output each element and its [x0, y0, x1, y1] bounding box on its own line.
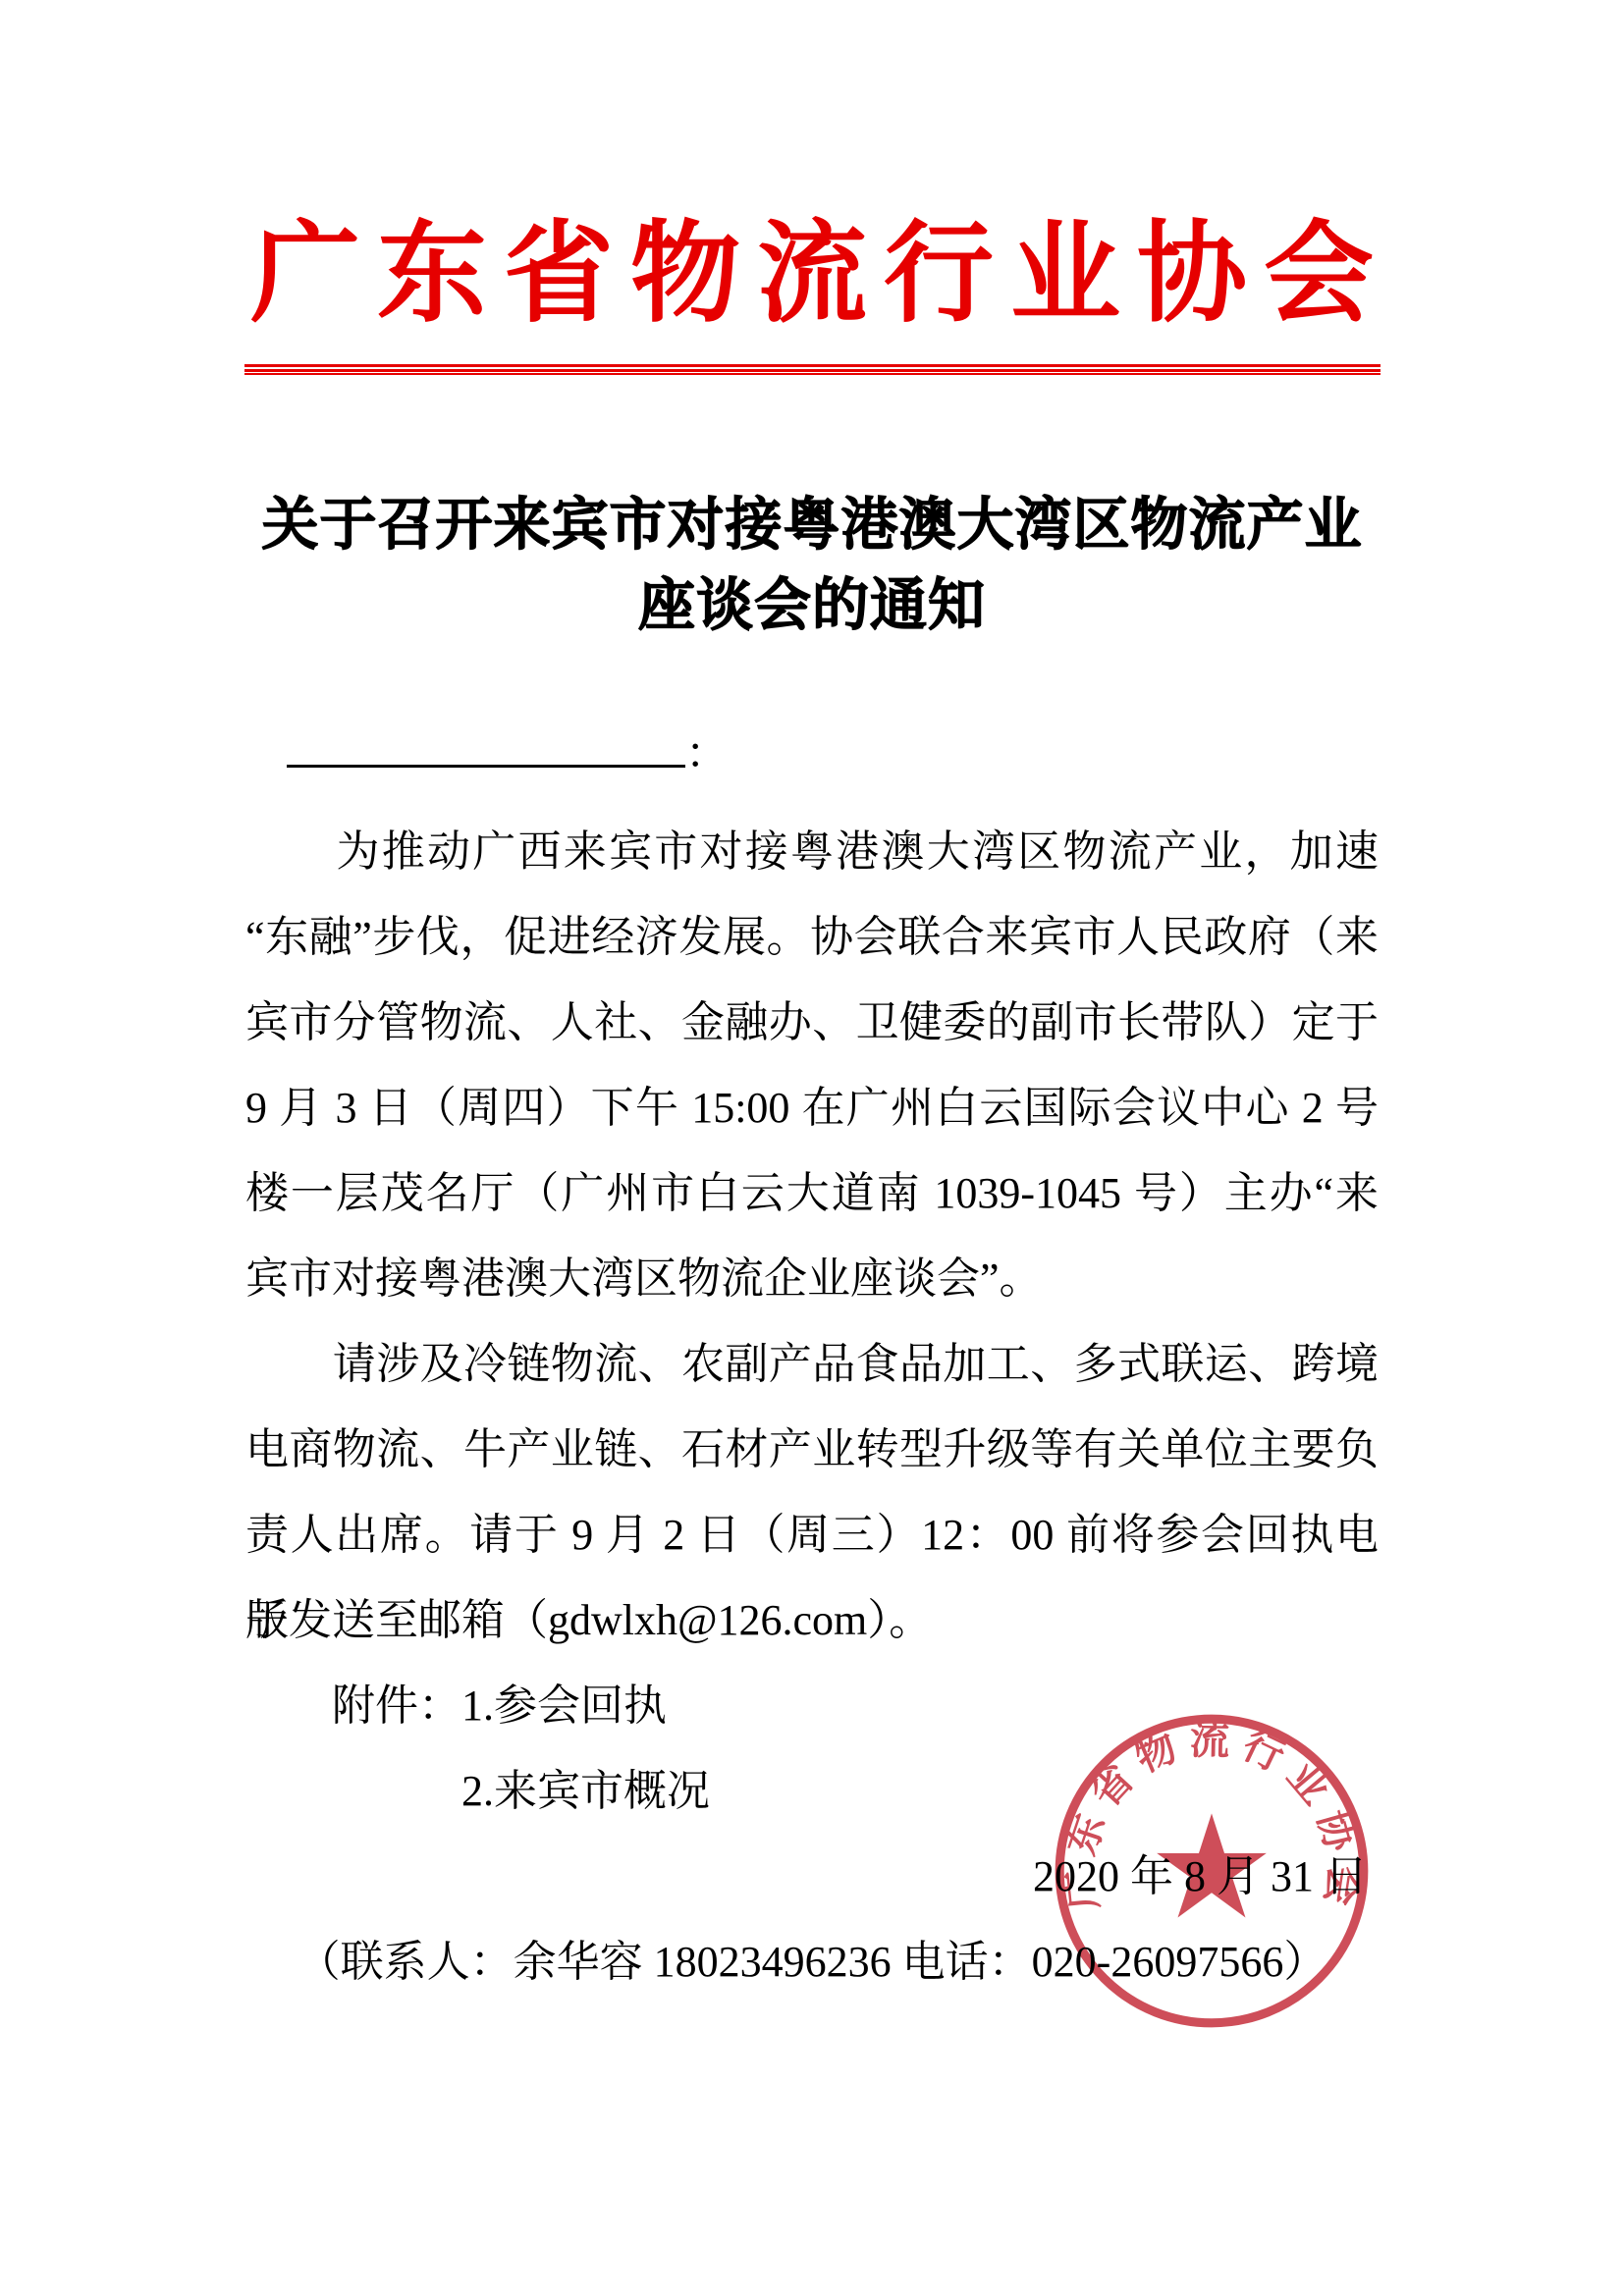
- body-line: 请涉及冷链物流、农副产品食品加工、多式联运、跨境: [245, 1321, 1379, 1407]
- document-title-line1: 关于召开来宾市对接粤港澳大湾区物流产业: [147, 485, 1477, 565]
- document-page: 广东省物流行业协会 关于召开来宾市对接粤港澳大湾区物流产业 座谈会的通知 ： 为…: [0, 0, 1624, 2296]
- letterhead-org-name: 广东省物流行业协会: [0, 214, 1624, 336]
- body-lines: 为推动广西来宾市对接粤港澳大湾区物流产业，加速“东融”步伐，促进经济发展。协会联…: [245, 809, 1379, 2004]
- letterhead-rule: [244, 364, 1380, 375]
- body-line: 为推动广西来宾市对接粤港澳大湾区物流产业，加速: [245, 809, 1379, 894]
- document-title-line2: 座谈会的通知: [147, 565, 1477, 646]
- salutation-blank-underline: [287, 725, 685, 768]
- date-line: 2020 年 8 月 31 日: [245, 1834, 1379, 1919]
- salutation-line: ：: [245, 711, 1379, 796]
- body-line: 宾市分管物流、人社、金融办、卫健委的副市长带队）定于: [245, 980, 1379, 1065]
- body-line: 责人出席。请于 9 月 2 日（周三）12：00 前将参会回执电子: [245, 1492, 1379, 1577]
- body-line: 版发送至邮箱（gdwlxh@126.com）。: [245, 1577, 1379, 1663]
- body-line: 9 月 3 日（周四）下午 15:00 在广州白云国际会议中心 2 号: [245, 1065, 1379, 1150]
- body-line: 2.来宾市概况: [245, 1748, 1379, 1834]
- document-title: 关于召开来宾市对接粤港澳大湾区物流产业 座谈会的通知: [147, 485, 1477, 646]
- salutation-colon: ：: [685, 729, 729, 777]
- contact-line: （联系人：余华容 18023496236 电话：020-26097566）: [204, 1919, 1420, 2004]
- body-line: “东融”步伐，促进经济发展。协会联合来宾市人民政府（来: [245, 894, 1379, 980]
- body-line: 楼一层茂名厅（广州市白云大道南 1039-1045 号）主办“来: [245, 1150, 1379, 1236]
- body-line: 电商物流、牛产业链、石材产业转型升级等有关单位主要负: [245, 1407, 1379, 1492]
- body-line: 附件：1.参会回执: [245, 1663, 1379, 1748]
- body-line: 宾市对接粤港澳大湾区物流企业座谈会”。: [245, 1236, 1379, 1321]
